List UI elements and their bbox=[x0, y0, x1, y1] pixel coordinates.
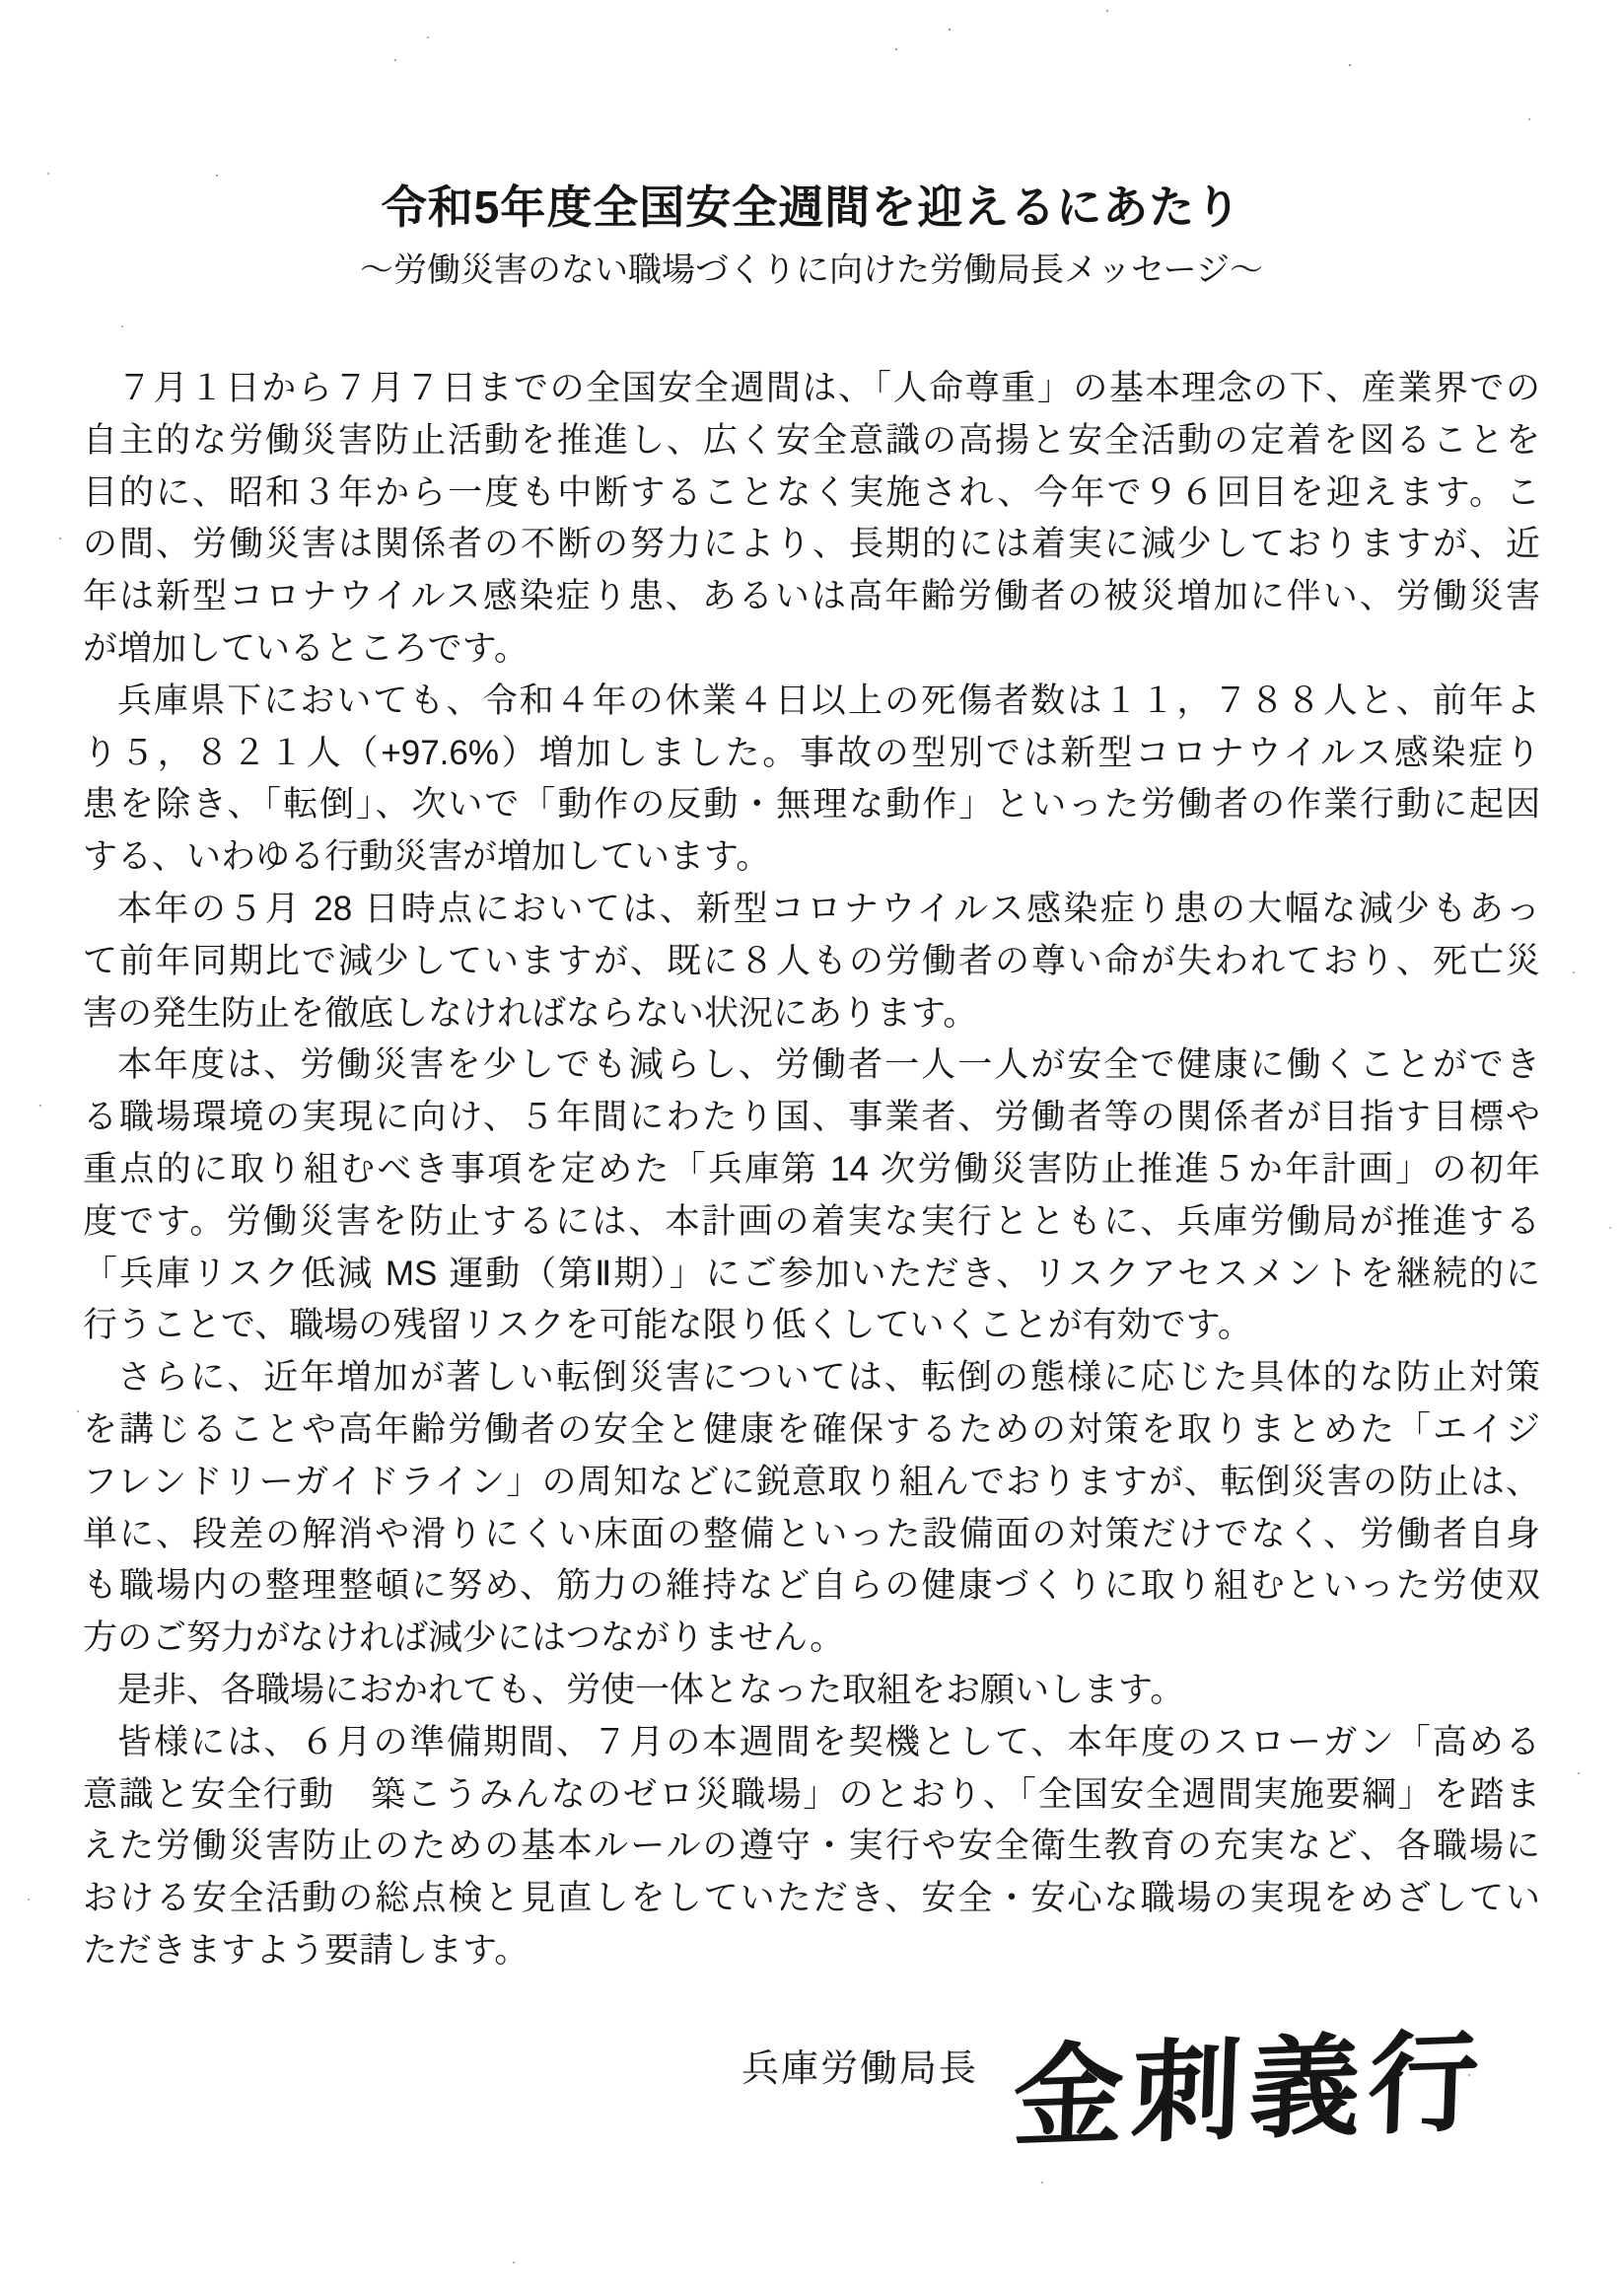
text-line: て前年同期比で減少していますが、既に８人もの労働者の尊い命が失われており、死亡災 bbox=[83, 936, 1540, 988]
text-line: 害の発生防止を徹底しなければならない状況にあります。 bbox=[83, 988, 1540, 1040]
text-line: 皆様には、６月の準備期間、７月の本週間を契機として、本年度のスローガン「高める bbox=[83, 1717, 1540, 1769]
text-line: 重点的に取り組むべき事項を定めた「兵庫第 14 次労働災害防止推進５か年計画」の… bbox=[83, 1144, 1540, 1196]
text-line: 意識と安全行動 築こうみんなのゼロ災職場」のとおり、「全国安全週間実施要綱」を踏… bbox=[83, 1769, 1540, 1822]
text-line: の間、労働災害は関係者の不断の努力により、長期的には着実に減少しておりますが、近 bbox=[83, 519, 1540, 571]
text-line: えた労働災害防止のための基本ルールの遵守・実行や安全衛生教育の充実など、各職場に bbox=[83, 1821, 1540, 1873]
text-line: ７月１日から７月７日までの全国安全週間は、「人命尊重」の基本理念の下、産業界での bbox=[83, 363, 1540, 415]
scan-noise-speckles bbox=[0, 0, 2, 2]
text-line: 方のご努力がなければ減少にはつながりません。 bbox=[83, 1613, 1540, 1665]
document-subtitle: ～労働災害のない職場づくりに向けた労働局長メッセージ～ bbox=[0, 249, 1623, 292]
text-line: り５，８２１人（+97.6%）増加しました。事故の型別では新型コロナウイルス感染… bbox=[83, 728, 1540, 780]
signature-block: 兵庫労働局長 金刺義行 bbox=[0, 2002, 1623, 2239]
text-line: る職場環境の実現に向け、５年間にわたり国、事業者、労働者等の関係者が目指す目標や bbox=[83, 1092, 1540, 1144]
text-line: 「兵庫リスク低減 MS 運動（第Ⅱ期）」にご参加いただき、リスクアセスメントを継… bbox=[83, 1249, 1540, 1301]
signature-handwritten-name: 金刺義行 bbox=[1011, 1993, 1489, 2169]
text-line: 兵庫県下においても、令和４年の休業４日以上の死傷者数は１１，７８８人と、前年よ bbox=[83, 676, 1540, 728]
text-line: も職場内の整理整頓に努め、筋力の維持など自らの健康づくりに取り組むといった労使双 bbox=[83, 1560, 1540, 1613]
text-line: 本年の５月 28 日時点においては、新型コロナウイルス感染症り患の大幅な減少もあ… bbox=[83, 884, 1540, 936]
text-line: する、いわゆる行動災害が増加しています。 bbox=[83, 831, 1540, 884]
text-line: 自主的な労働災害防止活動を推進し、広く安全意識の高揚と安全活動の定着を図ることを bbox=[83, 415, 1540, 467]
text-line: フレンドリーガイドライン」の周知などに鋭意取り組んでおりますが、転倒災害の防止は… bbox=[83, 1457, 1540, 1509]
text-line: 度です。労働災害を防止するには、本計画の着実な実行とともに、兵庫労働局が推進する bbox=[83, 1196, 1540, 1249]
text-line: 患を除き、「転倒」、次いで「動作の反動・無理な動作」といった労働者の作業行動に起… bbox=[83, 779, 1540, 831]
text-line: ただきますよう要請します。 bbox=[83, 1925, 1540, 1977]
document-body: ７月１日から７月７日までの全国安全週間は、「人命尊重」の基本理念の下、産業界での… bbox=[83, 363, 1540, 1977]
text-line: 目的に、昭和３年から一度も中断することなく実施され、今年で９６回目を迎えます。こ bbox=[83, 467, 1540, 520]
text-line: 是非、各職場におかれても、労使一体となった取組をお願いします。 bbox=[83, 1665, 1540, 1717]
text-line: 単に、段差の解消や滑りにくい床面の整備といった設備面の対策だけでなく、労働者自身 bbox=[83, 1509, 1540, 1561]
text-line: が増加しているところです。 bbox=[83, 623, 1540, 676]
text-line: 行うことで、職場の残留リスクを可能な限り低くしていくことが有効です。 bbox=[83, 1300, 1540, 1352]
text-line: さらに、近年増加が著しい転倒災害については、転倒の態様に応じた具体的な防止対策 bbox=[83, 1352, 1540, 1404]
scanned-document-page: 令和5年度全国安全週間を迎えるにあたり ～労働災害のない職場づくりに向けた労働局… bbox=[0, 0, 1623, 2296]
text-line: 年は新型コロナウイルス感染症り患、あるいは高年齢労働者の被災増加に伴い、労働災害 bbox=[83, 571, 1540, 623]
text-line: 本年度は、労働災害を少しでも減らし、労働者一人一人が安全で健康に働くことができ bbox=[83, 1040, 1540, 1092]
text-line: を講じることや高年齢労働者の安全と健康を確保するための対策を取りまとめた「エイジ bbox=[83, 1404, 1540, 1457]
text-line: おける安全活動の総点検と見直しをしていただき、安全・安心な職場の実現をめざしてい bbox=[83, 1873, 1540, 1925]
document-title: 令和5年度全国安全週間を迎えるにあたり bbox=[0, 179, 1623, 235]
signature-role-label: 兵庫労働局長 bbox=[741, 2038, 978, 2092]
